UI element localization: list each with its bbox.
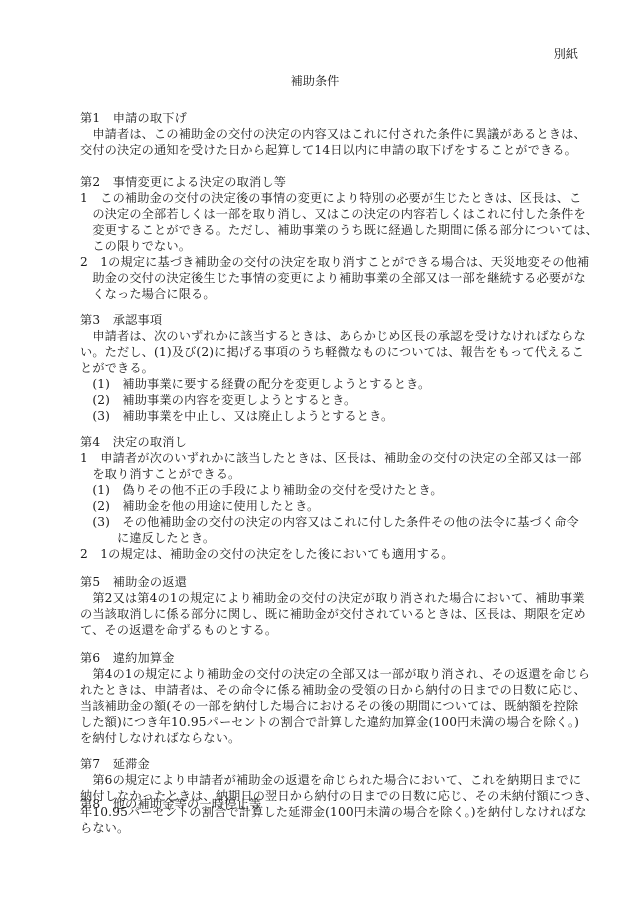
section-heading: 第6 違約加算金 [80,650,580,666]
section-heading: 第3 承認事項 [80,312,580,328]
section-text-line: の当該取消しに係る部分に関し、既に補助金が交付されているときは、区長は、期限を定… [80,606,580,622]
list-item: (3) その他補助金の交付の決定の内容又はこれに付した条件その他の法令に基づく命… [80,514,580,530]
section-text-line: の決定の全部若しくは一部を取り消し、又はこの決定の内容若しくはこれに付した条件を [80,206,580,222]
section-text-line: 申請者は、この補助金の交付の決定の内容又はこれに付された条件に異議があるときは、 [80,126,580,142]
list-item: (1) 偽りその他不正の手段により補助金の交付を受けたとき。 [80,482,580,498]
list-item: (2) 補助事業の内容を変更しようとするとき。 [80,392,580,408]
attachment-label: 別紙 [554,45,578,62]
section-text-line: 第6の規定により申請者が補助金の返還を命じられた場合において、これを納期日までに [80,772,580,788]
list-item: に違反したとき。 [80,530,580,546]
section-text-line: 交付の決定の通知を受けた日から起算して14日以内に申請の取下げをすることができる… [80,142,580,158]
section-heading: 第4 決定の取消し [80,434,580,450]
section-text-line: 2 1の規定に基づき補助金の交付の決定を取り消すことができる場合は、天災地変その… [80,254,580,270]
list-item: (1) 補助事業に要する経費の配分を変更しようとするとき。 [80,376,580,392]
section-text-line: くなった場合に限る。 [80,286,580,302]
list-item: (3) 補助事業を中止し、又は廃止しようとするとき。 [80,408,580,424]
section-text-line: 第2又は第4の1の規定により補助金の交付の決定が取り消された場合において、補助事… [80,590,580,606]
section-text-line: 申請者は、次のいずれかに該当するときは、あらかじめ区長の承認を受けなければならな [80,328,580,344]
section-text-line: 助金の交付の決定後生じた事情の変更により補助事業の全部又は一部を継続する必要がな [80,270,580,286]
section-text-line: 第4の1の規定により補助金の交付の決定の全部又は一部が取り消され、その返還を命じ… [80,666,580,682]
section-text-line: て、その返還を命ずるものとする。 [80,622,580,638]
section-text-line: を取り消すことができる。 [80,466,580,482]
section-text-line: を納付しなければならない。 [80,730,580,746]
section-text-line: 変更することができる。ただし、補助事業のうち既に経過した期間に係る部分については… [80,222,580,238]
document-page: 別紙 補助条件 第1 申請の取下げ 申請者は、この補助金の交付の決定の内容又はこ… [0,0,630,903]
section-heading: 第8 他の補助金等の一時停止等 [80,796,580,812]
section-heading: 第2 事情変更による決定の取消し等 [80,174,580,190]
section-text-line: とができる。 [80,360,580,376]
section-text-line: 当該補助金の額(その一部を納付した場合におけるその後の期間については、既納額を控… [80,698,580,714]
section-heading: 第1 申請の取下げ [80,110,580,126]
section-text-line: 1 この補助金の交付の決定後の事情の変更により特別の必要が生じたときは、区長は、… [80,190,580,206]
section-heading: 第7 延滞金 [80,756,580,772]
section-text-line: 2 1の規定は、補助金の交付の決定をした後においても適用する。 [80,546,580,562]
section-text-line: れたときは、申請者は、その命令に係る補助金の受領の日から納付の日までの日数に応じ… [80,682,580,698]
list-item: (2) 補助金を他の用途に使用したとき。 [80,498,580,514]
document-title: 補助条件 [0,72,630,89]
section-text-line: い。ただし、(1)及び(2)に掲げる事項のうち軽微なものについては、報告をもって… [80,344,580,360]
section-text-line: この限りでない。 [80,238,580,254]
section-text-line: した額)につき年10.95パーセントの割合で計算した違約加算金(100円未満の場… [80,714,580,730]
section-text-line: 1 申請者が次のいずれかに該当したときは、区長は、補助金の交付の決定の全部又は一… [80,450,580,466]
section-text-line: らない。 [80,820,580,836]
section-heading: 第5 補助金の返還 [80,574,580,590]
